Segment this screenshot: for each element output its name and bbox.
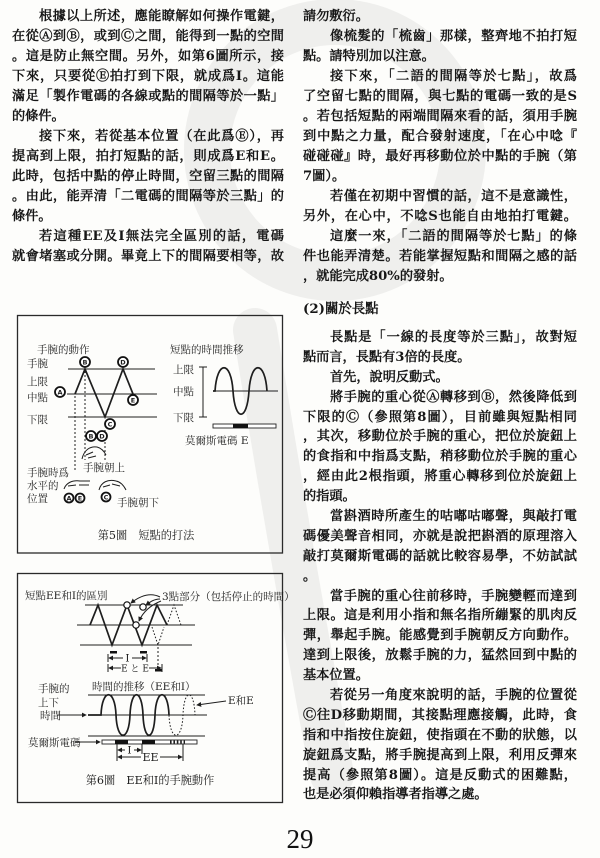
- alternate-dotted-path: [152, 627, 164, 645]
- morse-code-mark: [142, 740, 155, 744]
- body-text-line: 敲打莫爾斯電碼的話就比較容易學，不妨試試: [303, 547, 577, 567]
- marker-c: C: [105, 419, 115, 429]
- svg-text:I: I: [127, 745, 131, 757]
- body-text-line: 7圖）。: [303, 167, 577, 187]
- body-text-line: 另外，在心中，不唸S也能自由地拍打電鍵。: [303, 207, 577, 227]
- body-text-line: 到中點之力量，配合發射速度，「在心中唸『: [303, 127, 577, 147]
- body-text-line: 。: [303, 567, 577, 587]
- axis-label-middle: 中點: [27, 391, 48, 404]
- body-text-line: 旋鈕爲支點，將手腕提高到上限，利用反彈來: [303, 746, 577, 766]
- svg-text:A: A: [66, 494, 71, 502]
- body-text-line: 像梳髮的「梳齒」那樣，整齊地不拍打短: [303, 27, 577, 47]
- body-text-line: 首先，說明反動式。: [303, 368, 577, 388]
- body-text-line: 也是必須仰賴指導者指導之處。: [303, 785, 577, 805]
- body-text-line: 就會堵塞或分開。畢竟上下的間隔要相等，故: [12, 247, 284, 267]
- wrist-motion-diagram: 手腕 上限 中點 下限 A B D C E B D 手腕朝上 手腕時爲 水: [27, 357, 159, 509]
- marker-e-small: E: [76, 494, 85, 503]
- body-text-line: 。由此，能弄清「二電碼的間隔等於三點」的: [12, 187, 284, 207]
- time-progression-diagram: 手腕的 上下 時間的推移（EE和I） E和E 時間 莫爾斯電碼 I: [28, 680, 254, 764]
- svg-text:E: E: [131, 397, 135, 405]
- marker-a-small: A: [65, 494, 74, 503]
- marker-e: E: [128, 395, 138, 405]
- hand-down-icon: [99, 480, 126, 490]
- three-dot-annotation: 3點部分（包括停止的時間）: [162, 590, 295, 603]
- svg-text:B: B: [89, 433, 94, 441]
- svg-text:D: D: [120, 359, 126, 367]
- svg-text:EE: EE: [142, 751, 158, 764]
- marker-b-pair: B: [86, 431, 96, 441]
- wrist-zigzag-path: [75, 369, 133, 417]
- body-text-line: 彈，舉起手腕。能感覺到手腕朝反方向動作。: [303, 626, 577, 646]
- body-text-line: 條件。: [12, 207, 284, 227]
- e-and-e-pointer: [197, 701, 226, 705]
- e-and-e-label: E和E: [228, 695, 254, 707]
- right-text-column-section: 長點是「一線的長度等於三點」，故對短 點而言，長點有3倍的長度。 首先，說明反動…: [303, 328, 577, 805]
- hand-horizontal-icon: [64, 481, 90, 489]
- body-text-line: 當斟酒時所產生的咕嘟咕嘟聲，與敲打電: [303, 507, 577, 527]
- figure-6-title: 短點EE和I的區別: [25, 589, 107, 602]
- morse-code-label: 莫爾斯電碼: [28, 736, 81, 749]
- horizontal-label-line-3: 位置: [27, 493, 48, 505]
- section-heading: (2)關於長點: [303, 299, 379, 319]
- body-text-line: 接下來，「二語的間隔等於七點」，故爲: [303, 67, 577, 87]
- body-text-line: ，經由此2根指頭，將重心轉移到位於旋鈕上: [303, 467, 577, 487]
- hand-up-icon: [82, 447, 106, 459]
- svg-text:E と E: E と E: [121, 664, 149, 675]
- body-text-line: 。若包括短點的兩端間隔來看的話，須用手腕: [303, 107, 577, 127]
- body-text-line: ，就能完成80%的發射。: [303, 267, 577, 287]
- tick-mark: [155, 669, 162, 672]
- book-page: 根據以上所述，應能瞭解如何操作電鍵， 在從Ⓐ到Ⓑ，或到Ⓒ之間，能得到一點的空間 …: [0, 0, 600, 858]
- body-text-line: 提高（參照第8圖）。這是反動式的困難點，: [303, 766, 577, 786]
- axis-label-middle: 中點: [173, 385, 194, 398]
- figure-5-short-dot-keying: 手腕的動作 短點的時間推移 手腕 上限 中點 下限 A B D C E B D: [17, 315, 283, 554]
- alternate-dotted-path: [167, 605, 181, 625]
- bracket-i: I: [108, 653, 147, 665]
- figure-5-right-title: 短點的時間推移: [170, 343, 244, 356]
- svg-text:B: B: [83, 359, 88, 367]
- body-text-line: 了空留七點的間隔，與七點的電碼一致的是S: [303, 87, 577, 107]
- right-text-column-top: 請勿敷衍。 像梳髮的「梳齒」那樣，整齊地不拍打短 點。請特別加以注意。 接下來，…: [303, 7, 577, 287]
- body-text-line: 碰碰碰』時，最好再移動位於中點的手腕（第: [303, 147, 577, 167]
- horizontal-label-line-2: 水平的: [27, 479, 59, 492]
- horizontal-label-line-1: 手腕時爲: [27, 466, 69, 479]
- time-progression-title: 時間的推移（EE和I）: [92, 680, 195, 693]
- side-label-line-2: 上下: [38, 696, 59, 709]
- body-text-line: 若僅在初期中習慣的話，這不是意識性，: [303, 187, 577, 207]
- figure-5-caption: 第5圖 短點的打法: [98, 528, 195, 542]
- svg-text:C: C: [104, 493, 109, 501]
- figure-5-left-title: 手腕的動作: [37, 343, 90, 356]
- body-text-line: 。這是防止無空間。另外，如第6圖所示，接: [12, 47, 284, 67]
- axis-label-upper: 上限: [173, 363, 194, 376]
- tick-mark: [140, 651, 147, 654]
- morse-code-label: 莫爾斯電碼 E: [185, 434, 249, 447]
- body-text-line: 件也能弄清楚。若能掌握短點和間隔之感的話: [303, 247, 577, 267]
- body-text-line: 請勿敷衍。: [303, 7, 577, 27]
- short-dot-timing-diagram: 上限 中點 下限 莫爾斯電碼 E: [173, 363, 278, 447]
- morse-code-mark: [115, 740, 128, 744]
- body-text-line: 提高到上限，拍打短點的話，則成爲E和E。: [12, 147, 284, 167]
- bottom-bracket-i: I: [117, 744, 142, 761]
- body-text-line: 達到上限後，放鬆手腕的力，猛然回到中點的: [303, 646, 577, 666]
- left-text-column: 根據以上所述，應能瞭解如何操作電鍵， 在從Ⓐ到Ⓑ，或到Ⓒ之間，能得到一點的空間 …: [12, 7, 284, 267]
- body-text-line: 的指頭。: [303, 487, 577, 507]
- svg-text:D: D: [99, 433, 105, 441]
- body-text-line: 在從Ⓐ到Ⓑ，或到Ⓒ之間，能得到一點的空間: [12, 27, 284, 47]
- marker-d-pair: D: [97, 431, 107, 441]
- body-text-line: 長點是「一線的長度等於三點」，故對短: [303, 328, 577, 348]
- bracket-e-and-e: E と E: [108, 664, 162, 675]
- body-text-line: 下限的Ⓒ（參照第8圖），目前雖與短點相同: [303, 408, 577, 428]
- svg-text:I: I: [125, 653, 129, 665]
- axis-label-lower: 下限: [173, 412, 194, 424]
- marker-b: B: [80, 357, 90, 367]
- point-marker: [133, 622, 139, 628]
- tick-mark: [110, 651, 117, 654]
- body-text-line: 的條件。: [12, 107, 284, 127]
- side-label-line-1: 手腕的: [38, 682, 70, 695]
- body-text-line: 將手腕的重心從Ⓐ轉移到Ⓑ，然後降低到: [303, 388, 577, 408]
- body-text-line: 若這種EE及I無法完全區別的話，電碼: [12, 227, 284, 247]
- ee-i-difference-diagram: I E と E: [77, 602, 195, 675]
- body-text-line: ，其次，移動位於手腕的重心，把位於旋鈕上: [303, 427, 577, 447]
- point-marker: [124, 602, 130, 608]
- marker-d: D: [118, 357, 128, 367]
- body-text-line: 滿足「製作電碼的各線或點的間隔等於一點」: [12, 87, 284, 107]
- body-text-line: 當手腕的重心往前移時，手腕變輕而達到: [303, 587, 577, 607]
- body-text-line: 碼優美聲音相同，亦就是說把斟酒的原理溶入: [303, 527, 577, 547]
- svg-text:E: E: [78, 494, 82, 502]
- svg-text:C: C: [108, 421, 113, 429]
- marker-c-small: C: [102, 493, 111, 502]
- body-text-line: 這麼一來，「二語的間隔等於七點」的條: [303, 227, 577, 247]
- annotation-arrow: [131, 595, 160, 603]
- marker-a: A: [55, 387, 65, 397]
- page-number: 29: [0, 824, 600, 854]
- hand-down-label: 手腕朝下: [117, 496, 159, 509]
- body-text-line: 下來，只要從Ⓔ拍打到下限，就成爲I。這能: [12, 67, 284, 87]
- body-text-line: 基本位置。: [303, 666, 577, 686]
- axis-label-wrist: 手腕: [27, 357, 48, 370]
- body-text-line: 根據以上所述，應能瞭解如何操作電鍵，: [12, 7, 284, 27]
- body-text-line: Ⓒ往D移動期間，其接點理應接觸，此時，食: [303, 706, 577, 726]
- figure-6-ee-vs-i: 短點EE和I的區別 3點部分（包括停止的時間） I: [17, 573, 283, 804]
- body-text-line: 若從另一角度來說明的話，手腕的位置從: [303, 686, 577, 706]
- svg-text:A: A: [57, 389, 62, 397]
- axis-label-lower: 下限: [27, 414, 48, 426]
- axis-label-upper: 上限: [27, 375, 48, 388]
- body-text-line: 的食指和中指爲支點，稍移動位於手腕的重心: [303, 447, 577, 467]
- morse-code-mark: [233, 424, 248, 428]
- body-text-line: 點而言，長點有3倍的長度。: [303, 348, 577, 368]
- body-text-line: 此時，包括中點的停止時間，空留三點的間隔: [12, 167, 284, 187]
- figure-6-caption: 第6圖 EE和I的手腕動作: [86, 773, 215, 787]
- body-text-line: 上限。這是利用小指和無名指所繃緊的肌肉反: [303, 606, 577, 626]
- body-text-line: 指和中指按住旋鈕，使指頭在不動的狀態，以: [303, 726, 577, 746]
- body-text-line: 點。請特別加以注意。: [303, 47, 577, 67]
- hand-up-label: 手腕朝上: [83, 461, 125, 474]
- body-text-line: 接下來，若從基本位置（在此爲Ⓔ），再: [12, 127, 284, 147]
- point-marker: [140, 604, 146, 610]
